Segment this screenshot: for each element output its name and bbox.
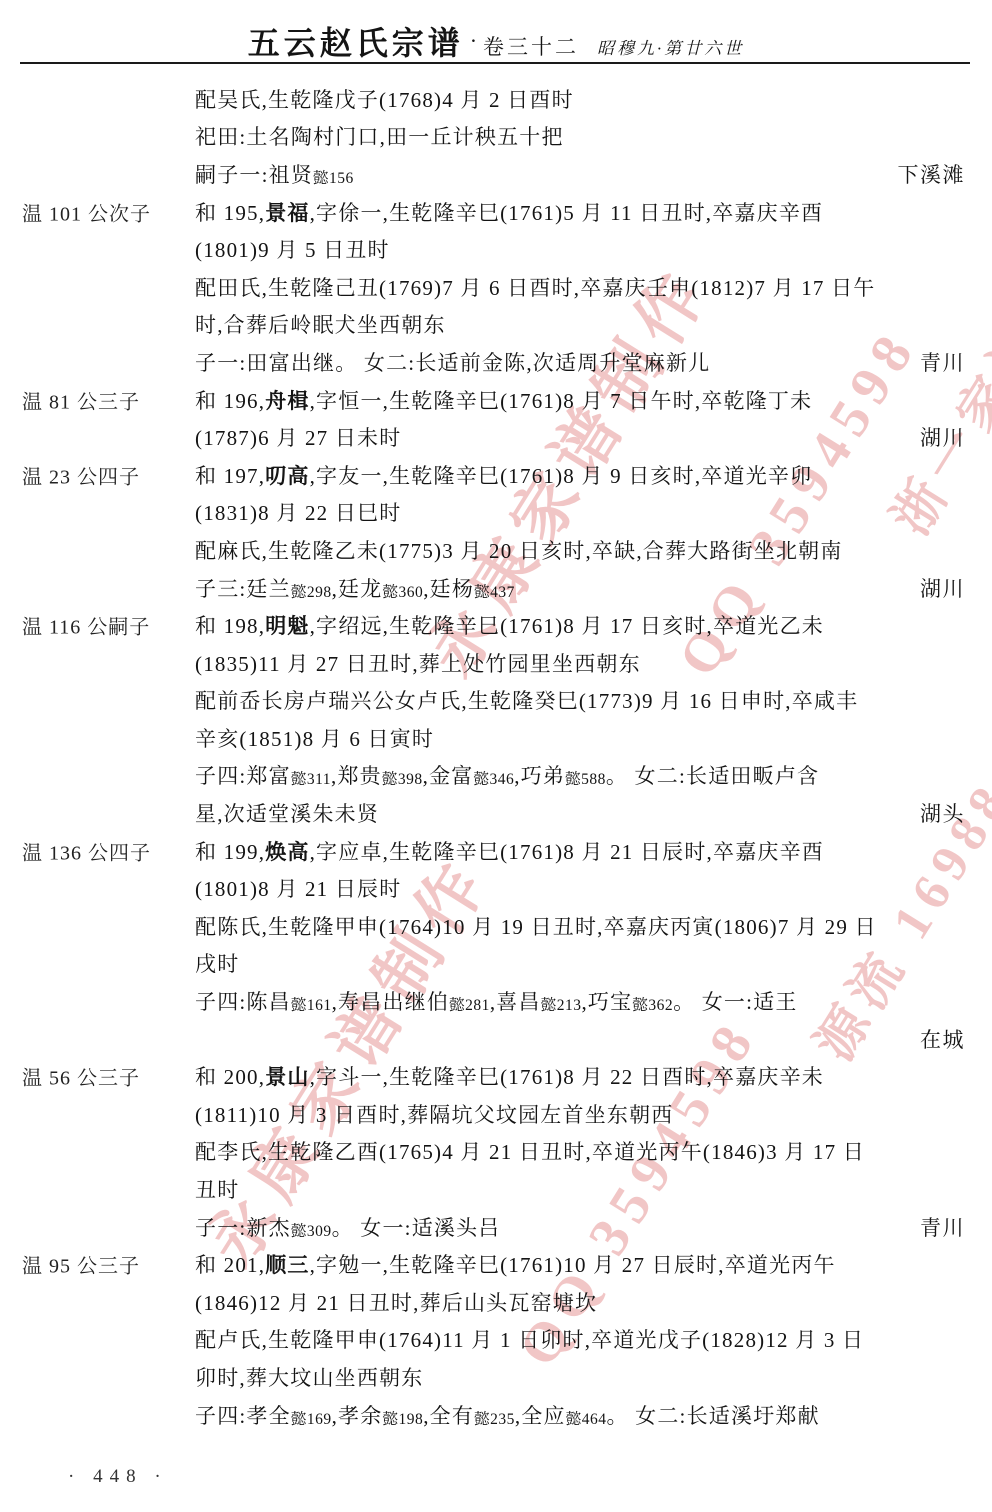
entry-line: 配吴氏,生乾隆戊子(1768)4 月 2 日酉时 — [0, 80, 992, 118]
entry-line: (1835)11 月 27 日丑时,葬上处竹园里坐西朝东 — [0, 644, 992, 682]
entry-text: (1835)11 月 27 日丑时,葬上处竹园里坐西朝东 — [195, 652, 641, 676]
entry-text: 子四:孝全 — [195, 1404, 291, 1428]
entry-text: ,字应卓,生乾隆辛巳(1761)8 月 21 日辰时,卒嘉庆辛酉 — [310, 840, 824, 864]
entry-line: 温 81 公三子和 196,舟楫,字恒一,生乾隆辛巳(1761)8 月 7 日午… — [0, 381, 992, 419]
entry-text: 祀田:土名陶村门口,田一丘计秧五十把 — [195, 125, 564, 149]
entry-text: ,喜昌 — [490, 990, 541, 1014]
row-number-annotation: 懿588 — [565, 771, 606, 788]
entry-line: 配前岙长房卢瑞兴公女卢氏,生乾隆癸巳(1773)9 月 16 日申时,卒咸丰 — [0, 682, 992, 720]
entry-label: 温 56 公三子 — [22, 1062, 140, 1091]
line-text: 子四:郑富懿311,郑贵懿398,金富懿346,巧弟懿588。 女二:长适田畈卢… — [195, 760, 819, 790]
entry-text: (1811)10 月 3 日酉时,葬隔坑父坟园左首坐东朝西 — [195, 1103, 674, 1127]
entry-line: 温 95 公三子和 201,顺三,字勉一,生乾隆辛巳(1761)10 月 27 … — [0, 1245, 992, 1283]
entry-line: 配卢氏,生乾隆甲申(1764)11 月 1 日卯时,卒道光戊子(1828)12 … — [0, 1321, 992, 1359]
line-text: 丑时 — [195, 1174, 239, 1204]
entry-text: 配陈氏,生乾隆甲申(1764)10 月 19 日丑时,卒嘉庆丙寅(1806)7 … — [195, 915, 877, 939]
entry-text: 时,合葬后岭眠犬坐西朝东 — [195, 313, 446, 337]
row-number-annotation: 懿346 — [474, 771, 515, 788]
entry-line: 温 56 公三子和 200,景山,字斗一,生乾隆辛巳(1761)8 月 22 日… — [0, 1057, 992, 1095]
entry-text: (1801)8 月 21 日辰时 — [195, 877, 401, 901]
place-name: 下溪滩 — [898, 159, 966, 189]
entry-text: ,字友一,生乾隆辛巳(1761)8 月 9 日亥时,卒道光辛卯 — [310, 464, 813, 488]
line-text: 配前岙长房卢瑞兴公女卢氏,生乾隆癸巳(1773)9 月 16 日申时,卒咸丰 — [195, 685, 858, 715]
entry-line: 子四:郑富懿311,郑贵懿398,金富懿346,巧弟懿588。 女二:长适田畈卢… — [0, 757, 992, 795]
line-text: 和 201,顺三,字勉一,生乾隆辛巳(1761)10 月 27 日辰时,卒道光丙… — [195, 1249, 836, 1279]
entry-line: 辛亥(1851)8 月 6 日寅时 — [0, 719, 992, 757]
entry-text: 嗣子一:祖贤 — [195, 163, 313, 187]
entry-text: 子四:陈昌 — [195, 990, 291, 1014]
entry-text: 和 199, — [195, 840, 265, 864]
line-text: 子三:廷兰懿298,廷龙懿360,廷杨懿437 — [195, 573, 515, 603]
entry-line: (1811)10 月 3 日酉时,葬隔坑父坟园左首坐东朝西 — [0, 1095, 992, 1133]
entry-line: 卯时,葬大坟山坐西朝东 — [0, 1358, 992, 1396]
entry-line: 祀田:土名陶村门口,田一丘计秧五十把 — [0, 118, 992, 156]
entry-line: 配陈氏,生乾隆甲申(1764)10 月 19 日丑时,卒嘉庆丙寅(1806)7 … — [0, 907, 992, 945]
entry-text: 配李氏,生乾隆乙酉(1765)4 月 21 日丑时,卒道光丙午(1846)3 月… — [195, 1140, 865, 1164]
entry-text: 戌时 — [195, 952, 239, 976]
line-text: 卯时,葬大坟山坐西朝东 — [195, 1362, 423, 1392]
volume-label: 卷三十二 — [483, 35, 579, 59]
row-number-annotation: 懿437 — [474, 584, 515, 601]
line-text: 嗣子一:祖贤懿156 — [195, 159, 354, 189]
person-name: 叨高 — [265, 464, 309, 488]
entry-text: ,寿昌出继伯 — [332, 990, 449, 1014]
genealogy-page: 永康家谱制作QQ 3594598浙一家谱源永康家谱制作QQ 3594598源流 … — [0, 0, 992, 1512]
entry-line: 星,次适堂溪朱未贤湖头 — [0, 794, 992, 832]
line-text: 子一:田富出继。 女二:长适前金陈,次适周升堂麻新儿 — [195, 347, 710, 377]
generation-subtitle: 昭穆九·第廿六世 — [597, 39, 744, 58]
entry-text: 辛亥(1851)8 月 6 日寅时 — [195, 727, 434, 751]
row-number-annotation: 懿362 — [632, 997, 673, 1014]
line-text: 祀田:土名陶村门口,田一丘计秧五十把 — [195, 121, 564, 151]
person-name: 景山 — [265, 1065, 309, 1089]
line-text: 戌时 — [195, 948, 239, 978]
place-name: 青川 — [920, 347, 965, 377]
line-text: 和 196,舟楫,字恒一,生乾隆辛巳(1761)8 月 7 日午时,卒乾隆丁未 — [195, 385, 812, 415]
entry-line: (1846)12 月 21 日丑时,葬后山头瓦窑塘坎 — [0, 1283, 992, 1321]
entry-text: 子一:田富出继。 女二:长适前金陈,次适周升堂麻新儿 — [195, 351, 710, 375]
entry-line: (1801)8 月 21 日辰时 — [0, 869, 992, 907]
line-text: 配卢氏,生乾隆甲申(1764)11 月 1 日卯时,卒道光戊子(1828)12 … — [195, 1324, 864, 1354]
entry-text: (1787)6 月 27 日未时 — [195, 426, 401, 450]
entry-label: 温 116 公嗣子 — [22, 611, 150, 640]
entry-label: 温 95 公三子 — [22, 1250, 140, 1279]
line-text: (1811)10 月 3 日酉时,葬隔坑父坟园左首坐东朝西 — [195, 1099, 674, 1129]
entry-label: 温 101 公次子 — [22, 197, 151, 226]
line-text: (1846)12 月 21 日丑时,葬后山头瓦窑塘坎 — [195, 1287, 597, 1317]
entry-text: 子三:廷兰 — [195, 577, 291, 601]
row-number-annotation: 懿161 — [291, 997, 332, 1014]
line-text: 和 197,叨高,字友一,生乾隆辛巳(1761)8 月 9 日亥时,卒道光辛卯 — [195, 460, 812, 490]
entry-line: 子一:新杰懿309。 女一:适溪头吕青川 — [0, 1208, 992, 1246]
place-name: 湖头 — [920, 798, 965, 828]
line-text: 配田氏,生乾隆己丑(1769)7 月 6 日酉时,卒嘉庆壬申(1812)7 月 … — [195, 272, 875, 302]
book-title: 五云赵氏宗谱 — [248, 25, 464, 61]
entry-text: 和 198, — [195, 614, 265, 638]
entry-text: 配麻氏,生乾隆乙未(1775)3 月 20 日亥时,卒缺,合葬大路街坐北朝南 — [195, 539, 843, 563]
entry-text: 。 女二:长适溪圩郑献 — [606, 1404, 819, 1428]
page-header: 五云赵氏宗谱·卷三十二昭穆九·第廿六世 — [0, 18, 992, 64]
entry-line: 温 101 公次子和 195,景福,字俆一,生乾隆辛巳(1761)5 月 11 … — [0, 193, 992, 231]
entry-line: 丑时 — [0, 1170, 992, 1208]
entry-line: 温 116 公嗣子和 198,明魁,字绍远,生乾隆辛巳(1761)8 月 17 … — [0, 606, 992, 644]
entry-text: (1831)8 月 22 日巳时 — [195, 501, 401, 525]
entry-line: (1831)8 月 22 日巳时 — [0, 494, 992, 532]
row-number-annotation: 懿464 — [566, 1411, 607, 1428]
place-name: 湖川 — [920, 573, 965, 603]
line-text: (1787)6 月 27 日未时 — [195, 422, 401, 452]
entry-text: 。 女二:长适田畈卢含 — [606, 764, 819, 788]
row-number-annotation: 懿156 — [313, 170, 354, 187]
entry-text: ,字恒一,生乾隆辛巳(1761)8 月 7 日午时,卒乾隆丁未 — [310, 389, 813, 413]
entry-text: 星,次适堂溪朱未贤 — [195, 802, 379, 826]
row-number-annotation: 懿281 — [449, 997, 490, 1014]
line-text: 和 195,景福,字俆一,生乾隆辛巳(1761)5 月 11 日丑时,卒嘉庆辛酉 — [195, 197, 823, 227]
entry-text: 卯时,葬大坟山坐西朝东 — [195, 1366, 423, 1390]
header-rule — [20, 62, 970, 64]
entry-line: 温 136 公四子和 199,焕高,字应卓,生乾隆辛巳(1761)8 月 21 … — [0, 832, 992, 870]
row-number-annotation: 懿198 — [382, 1411, 423, 1428]
person-name: 舟楫 — [265, 389, 309, 413]
entry-text: 和 201, — [195, 1253, 265, 1277]
line-text: 配吴氏,生乾隆戊子(1768)4 月 2 日酉时 — [195, 84, 574, 114]
entry-line: 子四:孝全懿169,孝余懿198,全有懿235,全应懿464。 女二:长适溪圩郑… — [0, 1396, 992, 1434]
entry-line: 在城 — [0, 1020, 992, 1058]
person-name: 景福 — [265, 201, 309, 225]
entry-label: 温 23 公四子 — [22, 460, 140, 489]
page-number: · 448 · — [68, 1466, 168, 1488]
row-number-annotation: 懿235 — [474, 1411, 515, 1428]
entry-line: 子四:陈昌懿161,寿昌出继伯懿281,喜昌懿213,巧宝懿362。 女一:适王 — [0, 982, 992, 1020]
row-number-annotation: 懿360 — [382, 584, 423, 601]
entry-text: ,字绍远,生乾隆辛巳(1761)8 月 17 日亥时,卒道光乙未 — [310, 614, 824, 638]
entry-text: (1846)12 月 21 日丑时,葬后山头瓦窑塘坎 — [195, 1291, 597, 1315]
place-name: 湖川 — [920, 422, 965, 452]
entry-text: ,字俆一,生乾隆辛巳(1761)5 月 11 日丑时,卒嘉庆辛酉 — [310, 201, 824, 225]
row-number-annotation: 懿309 — [291, 1223, 332, 1240]
line-text: 配麻氏,生乾隆乙未(1775)3 月 20 日亥时,卒缺,合葬大路街坐北朝南 — [195, 535, 843, 565]
entry-text: ,全应 — [515, 1404, 566, 1428]
entry-text: ,郑贵 — [331, 764, 382, 788]
entry-line: 子三:廷兰懿298,廷龙懿360,廷杨懿437湖川 — [0, 569, 992, 607]
entry-line: 配麻氏,生乾隆乙未(1775)3 月 20 日亥时,卒缺,合葬大路街坐北朝南 — [0, 531, 992, 569]
line-text: 子四:孝全懿169,孝余懿198,全有懿235,全应懿464。 女二:长适溪圩郑… — [195, 1400, 820, 1430]
entry-text: 。 女一:适溪头吕 — [332, 1216, 501, 1240]
row-number-annotation: 懿398 — [382, 771, 423, 788]
row-number-annotation: 懿169 — [291, 1411, 332, 1428]
entry-text: ,金富 — [423, 764, 474, 788]
line-text: (1801)8 月 21 日辰时 — [195, 873, 401, 903]
entry-text: ,字勉一,生乾隆辛巳(1761)10 月 27 日辰时,卒道光丙午 — [310, 1253, 836, 1277]
line-text: 配李氏,生乾隆乙酉(1765)4 月 21 日丑时,卒道光丙午(1846)3 月… — [195, 1136, 865, 1166]
entry-text: ,巧弟 — [514, 764, 565, 788]
entry-text: 和 200, — [195, 1065, 265, 1089]
entry-text: 配田氏,生乾隆己丑(1769)7 月 6 日酉时,卒嘉庆壬申(1812)7 月 … — [195, 276, 875, 300]
entry-text: ,孝余 — [332, 1404, 383, 1428]
person-name: 顺三 — [265, 1253, 309, 1277]
entry-text: 子四:郑富 — [195, 764, 291, 788]
entry-text: ,字斗一,生乾隆辛巳(1761)8 月 22 日酉时,卒嘉庆辛未 — [310, 1065, 824, 1089]
entry-text: ,全有 — [423, 1404, 474, 1428]
line-text: 和 200,景山,字斗一,生乾隆辛巳(1761)8 月 22 日酉时,卒嘉庆辛未 — [195, 1061, 824, 1091]
entry-line: 温 23 公四子和 197,叨高,字友一,生乾隆辛巳(1761)8 月 9 日亥… — [0, 456, 992, 494]
line-text: 和 199,焕高,字应卓,生乾隆辛巳(1761)8 月 21 日辰时,卒嘉庆辛酉 — [195, 836, 824, 866]
line-text: 配陈氏,生乾隆甲申(1764)10 月 19 日丑时,卒嘉庆丙寅(1806)7 … — [195, 911, 877, 941]
entry-line: 配李氏,生乾隆乙酉(1765)4 月 21 日丑时,卒道光丙午(1846)3 月… — [0, 1133, 992, 1171]
entry-line: 嗣子一:祖贤懿156下溪滩 — [0, 155, 992, 193]
title-separator-dot: · — [470, 28, 477, 53]
entry-line: 戌时 — [0, 945, 992, 983]
line-text: (1835)11 月 27 日丑时,葬上处竹园里坐西朝东 — [195, 648, 641, 678]
entry-text: 配吴氏,生乾隆戊子(1768)4 月 2 日酉时 — [195, 88, 574, 112]
place-name: 在城 — [920, 1024, 965, 1054]
row-number-annotation: 懿298 — [291, 584, 332, 601]
entry-line: 子一:田富出继。 女二:长适前金陈,次适周升堂麻新儿青川 — [0, 343, 992, 381]
entry-text: ,廷杨 — [423, 577, 474, 601]
person-name: 明魁 — [265, 614, 309, 638]
entry-line: 配田氏,生乾隆己丑(1769)7 月 6 日酉时,卒嘉庆壬申(1812)7 月 … — [0, 268, 992, 306]
line-text: 子一:新杰懿309。 女一:适溪头吕 — [195, 1212, 501, 1242]
line-text: (1801)9 月 5 日丑时 — [195, 234, 390, 264]
row-number-annotation: 懿213 — [541, 997, 582, 1014]
entry-line: 时,合葬后岭眠犬坐西朝东 — [0, 306, 992, 344]
line-text: 星,次适堂溪朱未贤 — [195, 798, 379, 828]
entry-text: 配卢氏,生乾隆甲申(1764)11 月 1 日卯时,卒道光戊子(1828)12 … — [195, 1328, 864, 1352]
line-text: (1831)8 月 22 日巳时 — [195, 497, 401, 527]
entry-label: 温 136 公四子 — [22, 836, 151, 865]
entry-text: 和 196, — [195, 389, 265, 413]
entry-text: (1801)9 月 5 日丑时 — [195, 238, 390, 262]
entry-label: 温 81 公三子 — [22, 385, 140, 414]
line-text: 辛亥(1851)8 月 6 日寅时 — [195, 723, 434, 753]
entry-text: 子一:新杰 — [195, 1216, 291, 1240]
entry-text: 配前岙长房卢瑞兴公女卢氏,生乾隆癸巳(1773)9 月 16 日申时,卒咸丰 — [195, 689, 858, 713]
line-text: 子四:陈昌懿161,寿昌出继伯懿281,喜昌懿213,巧宝懿362。 女一:适王 — [195, 986, 798, 1016]
row-number-annotation: 懿311 — [291, 771, 331, 788]
line-text: 和 198,明魁,字绍远,生乾隆辛巳(1761)8 月 17 日亥时,卒道光乙未 — [195, 610, 824, 640]
entries-container: 配吴氏,生乾隆戊子(1768)4 月 2 日酉时祀田:土名陶村门口,田一丘计秧五… — [0, 80, 992, 1433]
entry-text: 和 197, — [195, 464, 265, 488]
entry-text: 。 女一:适王 — [673, 990, 797, 1014]
entry-text: 丑时 — [195, 1178, 239, 1202]
person-name: 焕高 — [265, 840, 309, 864]
line-text: 时,合葬后岭眠犬坐西朝东 — [195, 309, 446, 339]
entry-line: (1801)9 月 5 日丑时 — [0, 230, 992, 268]
place-name: 青川 — [920, 1212, 965, 1242]
entry-text: ,巧宝 — [581, 990, 632, 1014]
entry-line: (1787)6 月 27 日未时湖川 — [0, 418, 992, 456]
entry-text: ,廷龙 — [332, 577, 383, 601]
entry-text: 和 195, — [195, 201, 265, 225]
